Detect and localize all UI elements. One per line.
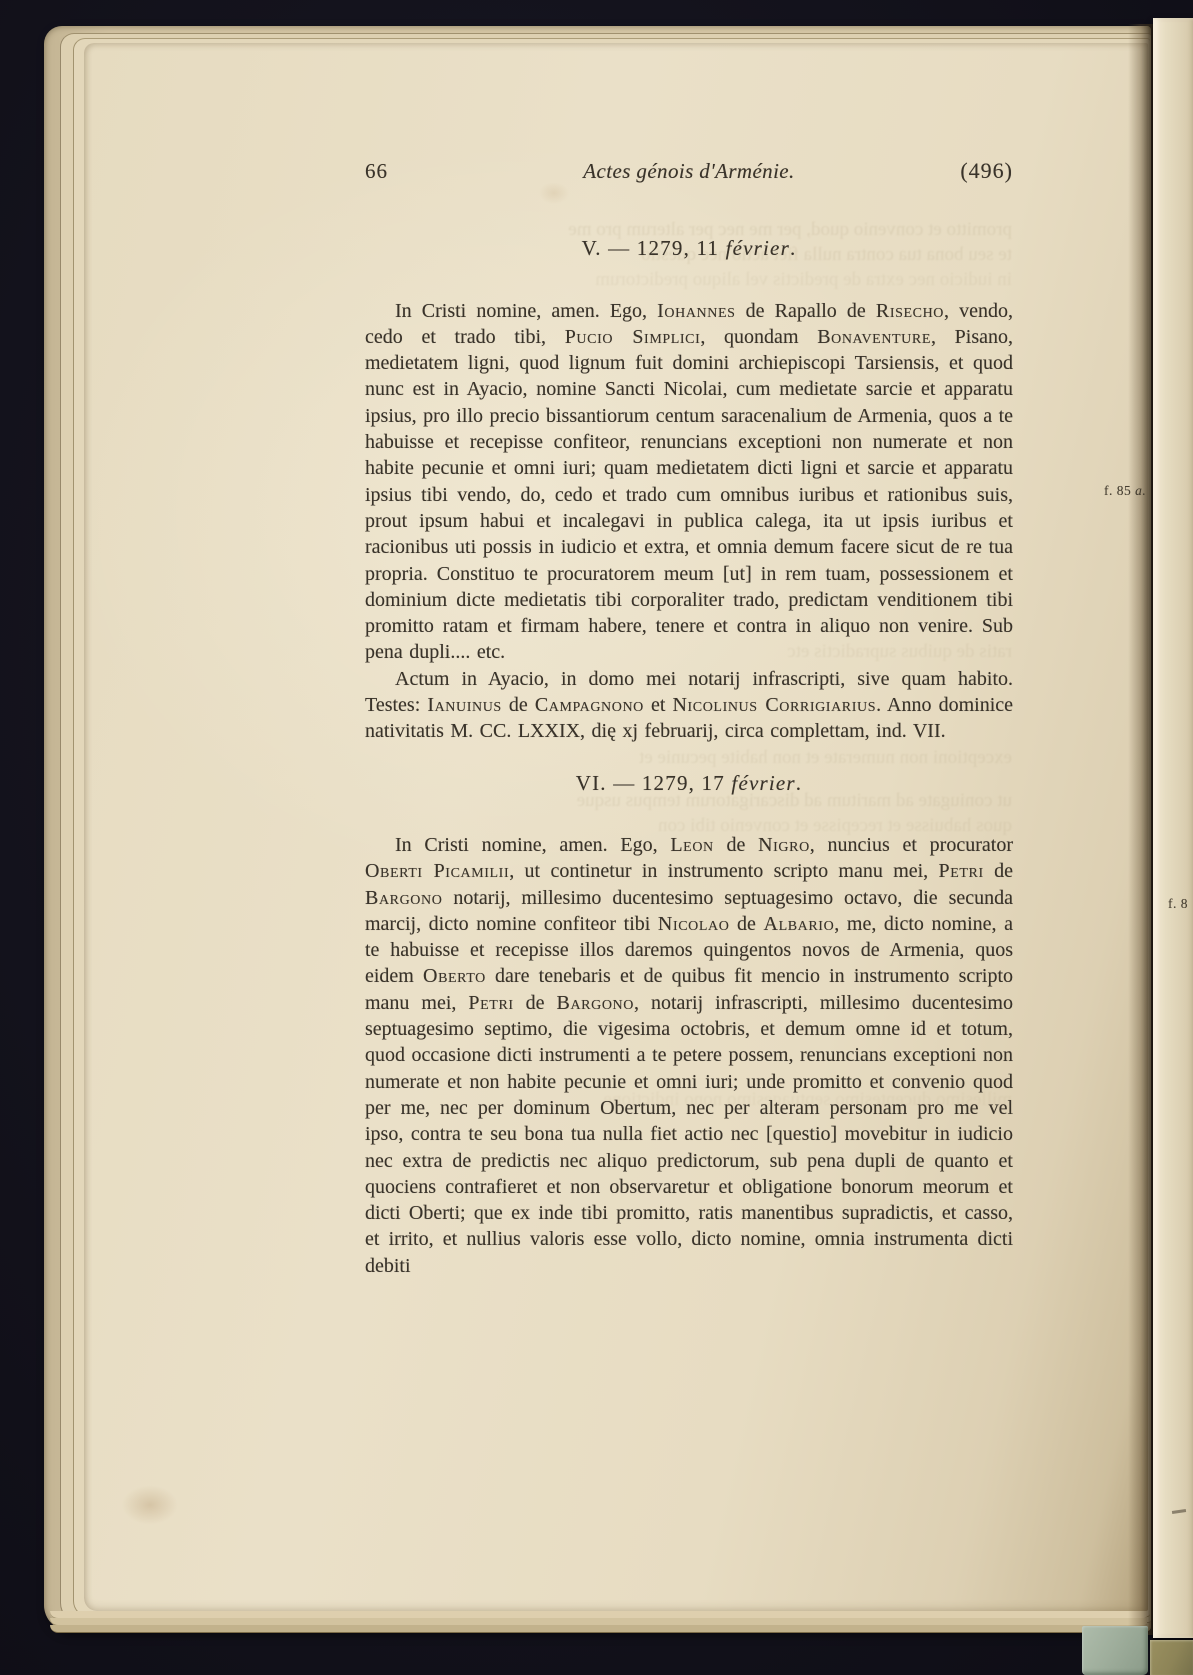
margin-note-f8-partial: f. 8 xyxy=(1168,896,1188,912)
page-number: 66 xyxy=(365,158,455,184)
folio-reference: (496) xyxy=(923,158,1013,184)
document-v: In Cristi nomine, amen. Ego, Iohannes de… xyxy=(365,298,1013,745)
document-v-actum-clause: Actum in Ayacio, in domo mei notarij inf… xyxy=(365,666,1013,745)
document-v-body: In Cristi nomine, amen. Ego, Iohannes de… xyxy=(365,298,1013,666)
cover-fragment-olive xyxy=(1150,1640,1193,1675)
document-vi-body: In Cristi nomine, amen. Ego, Leon de Nig… xyxy=(365,832,1013,1279)
section-vi-heading: VI. — 1279, 17 février. xyxy=(365,770,1013,796)
document-vi: In Cristi nomine, amen. Ego, Leon de Nig… xyxy=(365,832,1013,1279)
facing-page-edge xyxy=(1153,18,1193,1638)
text-column: 66 Actes génois d'Arménie. (496) V. — 12… xyxy=(365,158,1013,1279)
book-photograph: promitto et convenio quod, per me nec pe… xyxy=(0,0,1193,1675)
facing-page-mark xyxy=(1172,1509,1186,1514)
gutter-shadow xyxy=(1128,24,1156,1635)
margin-note-f85a: f. 85 a. xyxy=(1104,483,1146,499)
cover-fragment-teal xyxy=(1082,1626,1148,1675)
page-bottom-edge xyxy=(50,1625,1147,1633)
page-header: 66 Actes génois d'Arménie. (496) xyxy=(365,158,1013,184)
section-v-heading: V. — 1279, 11 février. xyxy=(365,235,1013,261)
running-title: Actes génois d'Arménie. xyxy=(455,158,923,184)
header-rule xyxy=(365,208,1013,210)
